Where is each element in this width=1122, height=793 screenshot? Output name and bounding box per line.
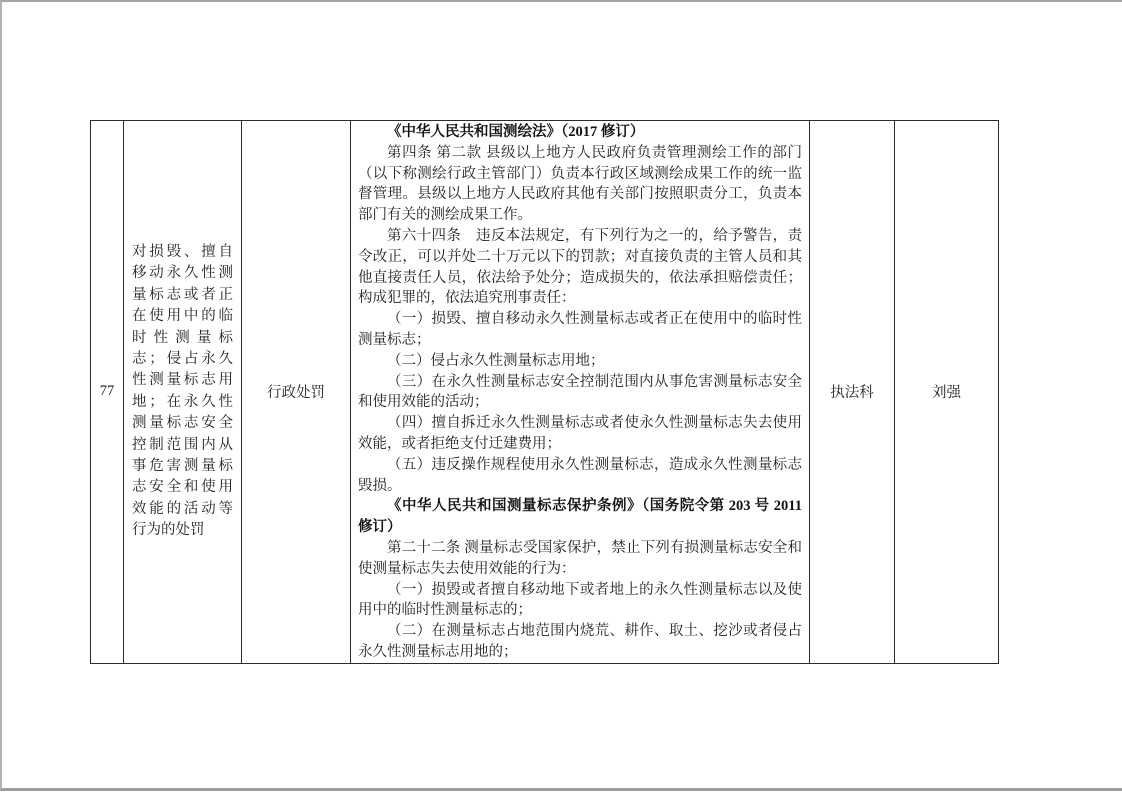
penalty-type-cell: 行政处罚: [242, 121, 351, 664]
penalty-item-cell: 对损毁、擅自移动永久性测量标志或者正在使用中的临时性测量标志；侵占永久性测量标志…: [124, 121, 242, 664]
table-row: 77 对损毁、擅自移动永久性测量标志或者正在使用中的临时性测量标志；侵占永久性测…: [91, 121, 999, 664]
law-title: 《中华人民共和国测绘法》（2017 修订）: [358, 122, 802, 143]
row-number: 77: [100, 383, 115, 399]
legal-paragraph: （二）侵占永久性测量标志用地；: [358, 351, 802, 372]
person-cell: 刘强: [895, 121, 999, 664]
penalty-item-text: 对损毁、擅自移动永久性测量标志或者正在使用中的临时性测量标志；侵占永久性测量标志…: [132, 244, 233, 538]
penalty-items-table: 77 对损毁、擅自移动永久性测量标志或者正在使用中的临时性测量标志；侵占永久性测…: [90, 120, 999, 664]
row-number-cell: 77: [91, 121, 124, 664]
legal-paragraph: 第四条 第二款 县级以上地方人民政府负责管理测绘工作的部门（以下称测绘行政主管部…: [358, 143, 802, 226]
legal-paragraph: （五）违反操作规程使用永久性测量标志，造成永久性测量标志毁损。: [358, 455, 802, 497]
legal-basis-cell: 《中华人民共和国测绘法》（2017 修订） 第四条 第二款 县级以上地方人民政府…: [351, 121, 810, 664]
department-cell: 执法科: [810, 121, 895, 664]
law-title: 《中华人民共和国测量标志保护条例》（国务院令第 203 号 2011 修订）: [358, 496, 802, 538]
legal-paragraph: （二）在测量标志占地范围内烧荒、耕作、取土、挖沙或者侵占永久性测量标志用地的；: [358, 621, 802, 663]
department-text: 执法科: [830, 385, 874, 401]
document-page: 77 对损毁、擅自移动永久性测量标志或者正在使用中的临时性测量标志；侵占永久性测…: [0, 0, 1122, 791]
legal-paragraph: 第六十四条 违反本法规定，有下列行为之一的，给予警告，责令改正，可以并处二十万元…: [358, 226, 802, 309]
penalty-type-text: 行政处罚: [267, 385, 325, 401]
legal-paragraph: （一）损毁或者擅自移动地下或者地上的永久性测量标志以及使用中的临时性测量标志的；: [358, 580, 802, 622]
legal-paragraph: （一）损毁、擅自移动永久性测量标志或者正在使用中的临时性测量标志；: [358, 309, 802, 351]
legal-paragraph: 第二十二条 测量标志受国家保护，禁止下列有损测量标志安全和使测量标志失去使用效能…: [358, 538, 802, 580]
legal-paragraph: （四）擅自拆迁永久性测量标志或者使永久性测量标志失去使用效能，或者拒绝支付迁建费…: [358, 413, 802, 455]
legal-paragraph: （三）在永久性测量标志安全控制范围内从事危害测量标志安全和使用效能的活动；: [358, 372, 802, 414]
person-text: 刘强: [932, 385, 961, 401]
